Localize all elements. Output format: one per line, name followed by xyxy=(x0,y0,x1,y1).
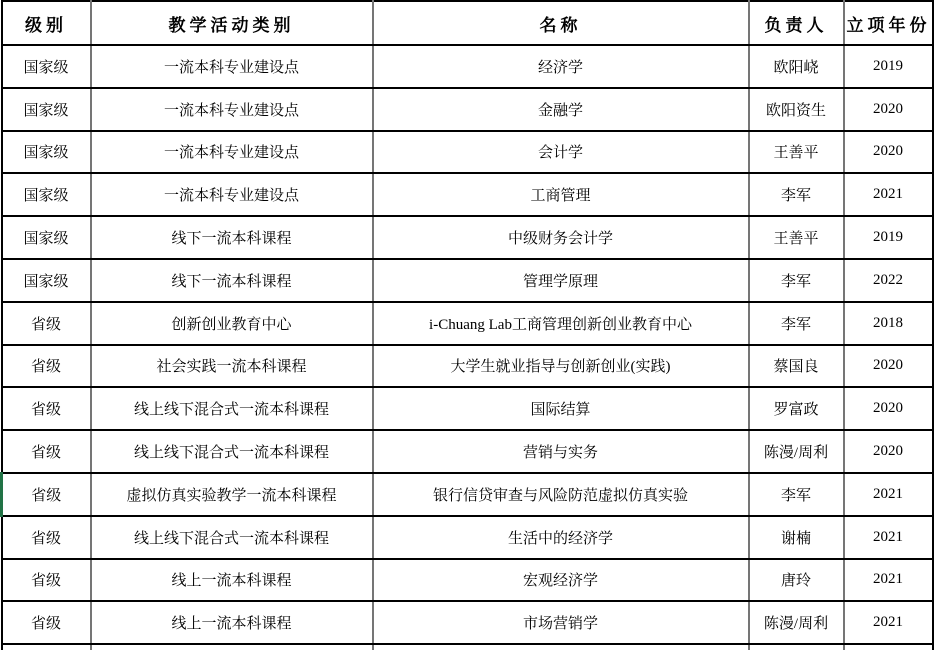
table-cell[interactable]: 陈漫/周利 xyxy=(749,601,844,644)
table-row: 省级创新创业教育中心i-Chuang Lab工商管理创新创业教育中心李军2018 xyxy=(2,302,933,345)
table-cell[interactable]: 唐玲 xyxy=(749,559,844,602)
table-row: 省级线上线下混合式一流本科课程国际结算罗富政2020 xyxy=(2,387,933,430)
table-cell[interactable]: i-Chuang Lab工商管理创新创业教育中心 xyxy=(373,302,749,345)
achievements-table: 级别 教学活动类别 名称 负责人 立项年份 国家级一流本科专业建设点经济学欧阳峣… xyxy=(0,0,934,650)
table-row: 省级线上线下混合式一流本科课程营销与实务陈漫/周利2020 xyxy=(2,430,933,473)
table-cell[interactable]: 2021 xyxy=(844,473,933,516)
table-cell[interactable]: 省级 xyxy=(2,302,91,345)
table-cell[interactable]: 国家级 xyxy=(2,88,91,131)
table-cell[interactable]: 2018 xyxy=(844,302,933,345)
table-cell[interactable]: 会计学 xyxy=(373,131,749,174)
table-cell[interactable]: 线下一流本科课程 xyxy=(91,216,373,259)
col-header-category[interactable]: 教学活动类别 xyxy=(91,1,373,45)
table-cell[interactable]: 银行信贷审查与风险防范虚拟仿真实验 xyxy=(373,473,749,516)
table-cell[interactable]: 省级 xyxy=(2,430,91,473)
table-cell[interactable]: 2021 xyxy=(844,173,933,216)
table-cell[interactable]: 罗富政 xyxy=(749,387,844,430)
table-cell[interactable] xyxy=(91,644,373,650)
table-cell[interactable]: 2021 xyxy=(844,601,933,644)
partial-row xyxy=(2,644,933,650)
table-cell[interactable]: 国家级 xyxy=(2,216,91,259)
table-cell[interactable]: 李军 xyxy=(749,302,844,345)
table-cell[interactable]: 市场营销学 xyxy=(373,601,749,644)
table-row: 省级线上一流本科课程宏观经济学唐玲2021 xyxy=(2,559,933,602)
table-row: 省级社会实践一流本科课程大学生就业指导与创新创业(实践)蔡国良2020 xyxy=(2,345,933,388)
table-cell[interactable]: 2020 xyxy=(844,387,933,430)
table-cell[interactable]: 李军 xyxy=(749,173,844,216)
table-cell[interactable]: 谢楠 xyxy=(749,516,844,559)
table-cell[interactable]: 国家级 xyxy=(2,131,91,174)
table-cell[interactable]: 陈漫/周利 xyxy=(749,430,844,473)
table-cell[interactable]: 省级 xyxy=(2,345,91,388)
table-cell[interactable]: 省级 xyxy=(2,516,91,559)
table-cell[interactable]: 线上线下混合式一流本科课程 xyxy=(91,516,373,559)
table-row: 国家级线下一流本科课程管理学原理李军2022 xyxy=(2,259,933,302)
table-row: 省级虚拟仿真实验教学一流本科课程银行信贷审查与风险防范虚拟仿真实验李军2021 xyxy=(2,473,933,516)
table-cell[interactable]: 线上线下混合式一流本科课程 xyxy=(91,430,373,473)
table-cell[interactable]: 线上一流本科课程 xyxy=(91,601,373,644)
table-cell[interactable]: 欧阳峣 xyxy=(749,45,844,88)
table-cell[interactable]: 2020 xyxy=(844,88,933,131)
table-cell[interactable]: 一流本科专业建设点 xyxy=(91,173,373,216)
table-cell[interactable]: 2021 xyxy=(844,516,933,559)
table-cell[interactable]: 2020 xyxy=(844,345,933,388)
table-cell[interactable]: 王善平 xyxy=(749,216,844,259)
table-cell[interactable]: 省级 xyxy=(2,473,91,516)
table-cell[interactable]: 2020 xyxy=(844,131,933,174)
table-cell[interactable]: 国际结算 xyxy=(373,387,749,430)
table-cell[interactable]: 王善平 xyxy=(749,131,844,174)
table-row: 国家级一流本科专业建设点经济学欧阳峣2019 xyxy=(2,45,933,88)
table-cell[interactable]: 李军 xyxy=(749,473,844,516)
spreadsheet: 级别 教学活动类别 名称 负责人 立项年份 国家级一流本科专业建设点经济学欧阳峣… xyxy=(0,0,938,650)
table-cell[interactable]: 国家级 xyxy=(2,259,91,302)
table-cell[interactable]: 2019 xyxy=(844,45,933,88)
table-cell[interactable] xyxy=(2,644,91,650)
table-row: 省级线上线下混合式一流本科课程生活中的经济学谢楠2021 xyxy=(2,516,933,559)
col-header-leader[interactable]: 负责人 xyxy=(749,1,844,45)
table-cell[interactable]: 国家级 xyxy=(2,45,91,88)
table-cell[interactable]: 管理学原理 xyxy=(373,259,749,302)
table-cell[interactable] xyxy=(844,644,933,650)
table-cell[interactable]: 中级财务会计学 xyxy=(373,216,749,259)
table-cell[interactable]: 2021 xyxy=(844,559,933,602)
table-cell[interactable] xyxy=(373,644,749,650)
table-cell[interactable]: 省级 xyxy=(2,559,91,602)
table-cell[interactable]: 线上线下混合式一流本科课程 xyxy=(91,387,373,430)
table-cell[interactable]: 蔡国良 xyxy=(749,345,844,388)
table-cell[interactable]: 宏观经济学 xyxy=(373,559,749,602)
table-cell[interactable]: 社会实践一流本科课程 xyxy=(91,345,373,388)
table-cell[interactable]: 金融学 xyxy=(373,88,749,131)
table-cell[interactable]: 经济学 xyxy=(373,45,749,88)
col-header-name[interactable]: 名称 xyxy=(373,1,749,45)
table-cell[interactable]: 一流本科专业建设点 xyxy=(91,131,373,174)
table-cell[interactable]: 营销与实务 xyxy=(373,430,749,473)
table-cell[interactable]: 李军 xyxy=(749,259,844,302)
table-cell[interactable]: 2022 xyxy=(844,259,933,302)
header-row: 级别 教学活动类别 名称 负责人 立项年份 xyxy=(2,1,933,45)
table-cell[interactable]: 国家级 xyxy=(2,173,91,216)
table-cell[interactable]: 创新创业教育中心 xyxy=(91,302,373,345)
table-cell[interactable] xyxy=(749,644,844,650)
table-cell[interactable]: 虚拟仿真实验教学一流本科课程 xyxy=(91,473,373,516)
table-cell[interactable]: 省级 xyxy=(2,387,91,430)
col-header-year[interactable]: 立项年份 xyxy=(844,1,933,45)
col-header-level[interactable]: 级别 xyxy=(2,1,91,45)
table-cell[interactable]: 2019 xyxy=(844,216,933,259)
table-cell[interactable]: 大学生就业指导与创新创业(实践) xyxy=(373,345,749,388)
table-row: 国家级一流本科专业建设点工商管理李军2021 xyxy=(2,173,933,216)
table-row: 国家级线下一流本科课程中级财务会计学王善平2019 xyxy=(2,216,933,259)
table-cell[interactable]: 省级 xyxy=(2,601,91,644)
table-row: 国家级一流本科专业建设点金融学欧阳资生2020 xyxy=(2,88,933,131)
table-cell[interactable]: 欧阳资生 xyxy=(749,88,844,131)
table-cell[interactable]: 线上一流本科课程 xyxy=(91,559,373,602)
table-row: 省级线上一流本科课程市场营销学陈漫/周利2021 xyxy=(2,601,933,644)
table-cell[interactable]: 一流本科专业建设点 xyxy=(91,45,373,88)
table-cell[interactable]: 一流本科专业建设点 xyxy=(91,88,373,131)
table-cell[interactable]: 线下一流本科课程 xyxy=(91,259,373,302)
table-row: 国家级一流本科专业建设点会计学王善平2020 xyxy=(2,131,933,174)
table-cell[interactable]: 生活中的经济学 xyxy=(373,516,749,559)
table-cell[interactable]: 工商管理 xyxy=(373,173,749,216)
table-cell[interactable]: 2020 xyxy=(844,430,933,473)
